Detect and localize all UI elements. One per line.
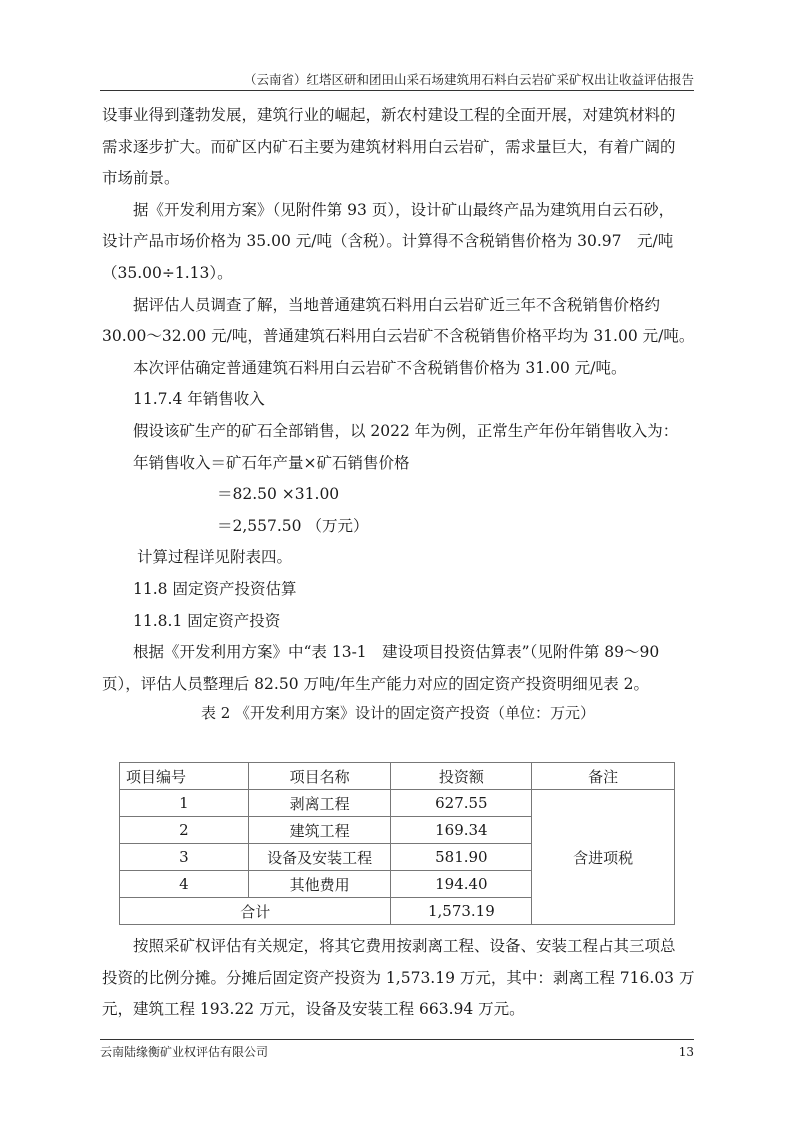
column-header: 投资额 (391, 763, 532, 790)
table-header-row: 项目编号 项目名称 投资额 备注 (120, 763, 675, 790)
item-name: 设备及安装工程 (248, 844, 391, 871)
section-heading-11-8: 11.8 固定资产投资估算 (102, 574, 694, 606)
paragraph-line: 计算过程详见附表四。 (102, 542, 694, 574)
item-name: 其他费用 (248, 871, 391, 898)
paragraph-line: 市场前景。 (102, 163, 694, 195)
table-caption: 表 2 《开发利用方案》设计的固定资产投资（单位：万元） (102, 700, 694, 726)
remark-cell: 含进项税 (532, 790, 675, 925)
total-label: 合计 (120, 898, 391, 925)
item-number: 4 (120, 871, 249, 898)
page-number: 13 (679, 1041, 694, 1063)
item-amount: 581.90 (391, 844, 532, 871)
paragraph-line: 投资的比例分摊。分摊后固定资产投资为 1,573.19 万元，其中：剥离工程 7… (102, 963, 694, 995)
formula-line: ＝2,557.50 （万元） (102, 511, 694, 543)
item-name: 建筑工程 (248, 817, 391, 844)
formula-line: ＝82.50 ×31.00 (102, 479, 694, 511)
paragraph-line: 根据《开发利用方案》中“表 13-1 建设项目投资估算表”（见附件第 89～90 (102, 637, 694, 669)
item-name: 剥离工程 (248, 790, 391, 817)
page-header: （云南省）红塔区研和团田山采石场建筑用石料白云岩矿采矿权出让收益评估报告 (100, 70, 694, 91)
section-heading-11-8-1: 11.8.1 固定资产投资 (102, 606, 694, 638)
document-body-continued: 按照采矿权评估有关规定，将其它费用按剥离工程、设备、安装工程占其三项总 投资的比… (102, 931, 694, 1026)
table-row: 1 剥离工程 627.55 含进项税 (120, 790, 675, 817)
paragraph-line: 设事业得到蓬勃发展，建筑行业的崛起，新农村建设工程的全面开展，对建筑材料的 (102, 100, 694, 132)
paragraph-line: 本次评估确定普通建筑石料用白云岩矿不含税销售价格为 31.00 元/吨。 (102, 353, 694, 385)
paragraph-line: 需求逐步扩大。而矿区内矿石主要为建筑材料用白云岩矿，需求量巨大，有着广阔的 (102, 132, 694, 164)
column-header: 备注 (532, 763, 675, 790)
paragraph-line: 据《开发利用方案》（见附件第 93 页），设计矿山最终产品为建筑用白云石砂， (102, 195, 694, 227)
column-header: 项目名称 (248, 763, 391, 790)
company-name: 云南陆缘衡矿业权评估有限公司 (100, 1041, 268, 1063)
column-header: 项目编号 (120, 763, 249, 790)
report-title: （云南省）红塔区研和团田山采石场建筑用石料白云岩矿采矿权出让收益评估报告 (244, 72, 694, 87)
paragraph-line: 按照采矿权评估有关规定，将其它费用按剥离工程、设备、安装工程占其三项总 (102, 931, 694, 963)
document-body: 设事业得到蓬勃发展，建筑行业的崛起，新农村建设工程的全面开展，对建筑材料的 需求… (102, 100, 694, 726)
paragraph-line: 设计产品市场价格为 35.00 元/吨（含税）。计算得不含税销售价格为 30.9… (102, 226, 694, 258)
item-number: 1 (120, 790, 249, 817)
item-amount: 194.40 (391, 871, 532, 898)
paragraph-line: 据评估人员调查了解，当地普通建筑石料用白云岩矿近三年不含税销售价格约 (102, 290, 694, 322)
total-amount: 1,573.19 (391, 898, 532, 925)
paragraph-line: 元，建筑工程 193.22 万元，设备及安装工程 663.94 万元。 (102, 994, 694, 1026)
page-footer: 云南陆缘衡矿业权评估有限公司 13 (100, 1039, 694, 1062)
paragraph-line: （35.00÷1.13）。 (102, 258, 694, 290)
paragraph-line: 页），评估人员整理后 82.50 万吨/年生产能力对应的固定资产投资明细见表 2… (102, 669, 694, 701)
item-number: 2 (120, 817, 249, 844)
item-amount: 627.55 (391, 790, 532, 817)
investment-table: 项目编号 项目名称 投资额 备注 1 剥离工程 627.55 含进项税 2 建筑… (119, 762, 675, 925)
section-heading-11-7-4: 11.7.4 年销售收入 (102, 384, 694, 416)
item-amount: 169.34 (391, 817, 532, 844)
formula-line: 年销售收入＝矿石年产量×矿石销售价格 (102, 448, 694, 480)
item-number: 3 (120, 844, 249, 871)
paragraph-line: 假设该矿生产的矿石全部销售，以 2022 年为例，正常生产年份年销售收入为： (102, 416, 694, 448)
paragraph-line: 30.00～32.00 元/吨，普通建筑石料用白云岩矿不含税销售价格平均为 31… (102, 321, 694, 353)
